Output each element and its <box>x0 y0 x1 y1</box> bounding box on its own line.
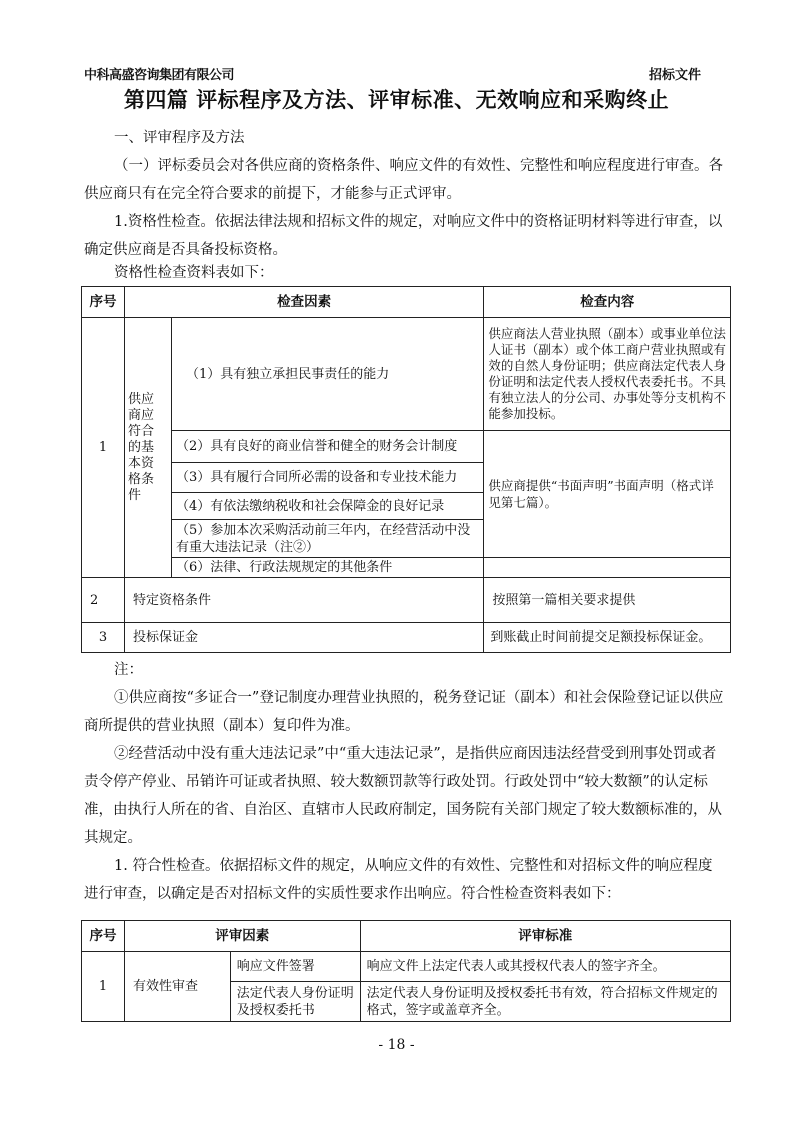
header-standard: 评审标准 <box>360 921 730 952</box>
row-no: 2 <box>82 578 125 623</box>
table-header-row: 序号 检查因素 检查内容 <box>82 287 731 318</box>
section-heading: 一、评审程序及方法 <box>84 124 726 152</box>
table-row: （6）法律、行政法规规定的其他条件 <box>82 558 731 578</box>
factor-cell: 投标保证金 <box>124 623 483 653</box>
row-no: 3 <box>82 623 125 653</box>
content-cell: 供应商提供“书面声明”书面声明（格式详见第七篇）。 <box>484 431 731 558</box>
group-label-text: 供应商应符合的基本资格条件 <box>128 392 162 504</box>
table-row: 3 投标保证金 到账截止时间前提交足额投标保证金。 <box>82 623 731 653</box>
factor-cell: 法定代表人身份证明及授权委托书 <box>230 982 360 1022</box>
factor-cell: 特定资格条件 <box>124 578 483 623</box>
factor-item: （4）有依法缴纳税收和社会保障金的良好记录 <box>171 493 483 520</box>
header-no: 序号 <box>82 921 125 952</box>
content-cell <box>484 558 731 578</box>
factor-item: （1）具有独立承担民事责任的能力 <box>171 318 483 431</box>
group-label: 供应商应符合的基本资格条件 <box>124 318 171 578</box>
header-company: 中科高盛咨询集团有限公司 <box>84 64 234 83</box>
paragraph-qualification-check: 1.资格性检查。依据法律法规和招标文件的规定，对响应文件中的资格证明材料等进行审… <box>84 208 726 264</box>
qualification-table: 序号 检查因素 检查内容 1 供应商应符合的基本资格条件 （1）具有独立承担民事… <box>81 286 731 653</box>
header-doc-type: 招标文件 <box>649 64 701 83</box>
factor-cell: 响应文件签署 <box>230 952 360 982</box>
paragraph-review-committee: （一）评标委员会对各供应商的资格条件、响应文件的有效性、完整性和响应程度进行审查… <box>84 152 726 208</box>
standard-cell: 法定代表人身份证明及授权委托书有效，符合招标文件规定的格式，签字或盖章齐全。 <box>360 982 730 1022</box>
group-label: 有效性审查 <box>124 952 230 1022</box>
page-number: - 18 - <box>0 1037 793 1053</box>
content-cell: 供应商法人营业执照（副本）或事业单位法人证书（副本）或个体工商户营业执照或有效的… <box>484 318 731 431</box>
standard-cell: 响应文件上法定代表人或其授权代表人的签字齐全。 <box>360 952 730 982</box>
content-cell: 到账截止时间前提交足额投标保证金。 <box>484 623 731 653</box>
notes-label: 注： <box>84 656 726 684</box>
note-2: ②经营活动中没有重大违法记录”中“重大违法记录”，是指供应商因违法经营受到刑事处… <box>84 740 726 852</box>
table-row: 1 有效性审查 响应文件签署 响应文件上法定代表人或其授权代表人的签字齐全。 <box>82 952 731 982</box>
paragraph-conformity-check: 1. 符合性检查。依据招标文件的规定，从响应文件的有效性、完整性和对招标文件的响… <box>84 852 726 908</box>
conformity-table: 序号 评审因素 评审标准 1 有效性审查 响应文件签署 响应文件上法定代表人或其… <box>81 920 731 1022</box>
row-no: 1 <box>82 952 125 1022</box>
header-factor: 评审因素 <box>124 921 360 952</box>
page-title: 第四篇 评标程序及方法、评审标准、无效响应和采购终止 <box>0 84 793 114</box>
table-row: （2）具有良好的商业信誉和健全的财务会计制度 供应商提供“书面声明”书面声明（格… <box>82 431 731 463</box>
header-no: 序号 <box>82 287 125 318</box>
factor-item: （3）具有履行合同所必需的设备和专业技术能力 <box>171 463 483 493</box>
header-factor: 检查因素 <box>124 287 483 318</box>
table-row: 1 供应商应符合的基本资格条件 （1）具有独立承担民事责任的能力 供应商法人营业… <box>82 318 731 431</box>
paragraph-table-intro: 资格性检查资料表如下： <box>84 259 726 287</box>
note-1: ①供应商按“多证合一”登记制度办理营业执照的，税务登记证（副本）和社会保险登记证… <box>84 684 726 740</box>
header-content: 检查内容 <box>484 287 731 318</box>
factor-item: （6）法律、行政法规规定的其他条件 <box>171 558 483 578</box>
factor-item: （2）具有良好的商业信誉和健全的财务会计制度 <box>171 431 483 463</box>
factor-item: （5）参加本次采购活动前三年内，在经营活动中没有重大违法记录（注②） <box>171 520 483 558</box>
content-cell: 按照第一篇相关要求提供 <box>484 578 731 623</box>
row-no: 1 <box>82 318 125 578</box>
table-row: 2 特定资格条件 按照第一篇相关要求提供 <box>82 578 731 623</box>
table-header-row: 序号 评审因素 评审标准 <box>82 921 731 952</box>
